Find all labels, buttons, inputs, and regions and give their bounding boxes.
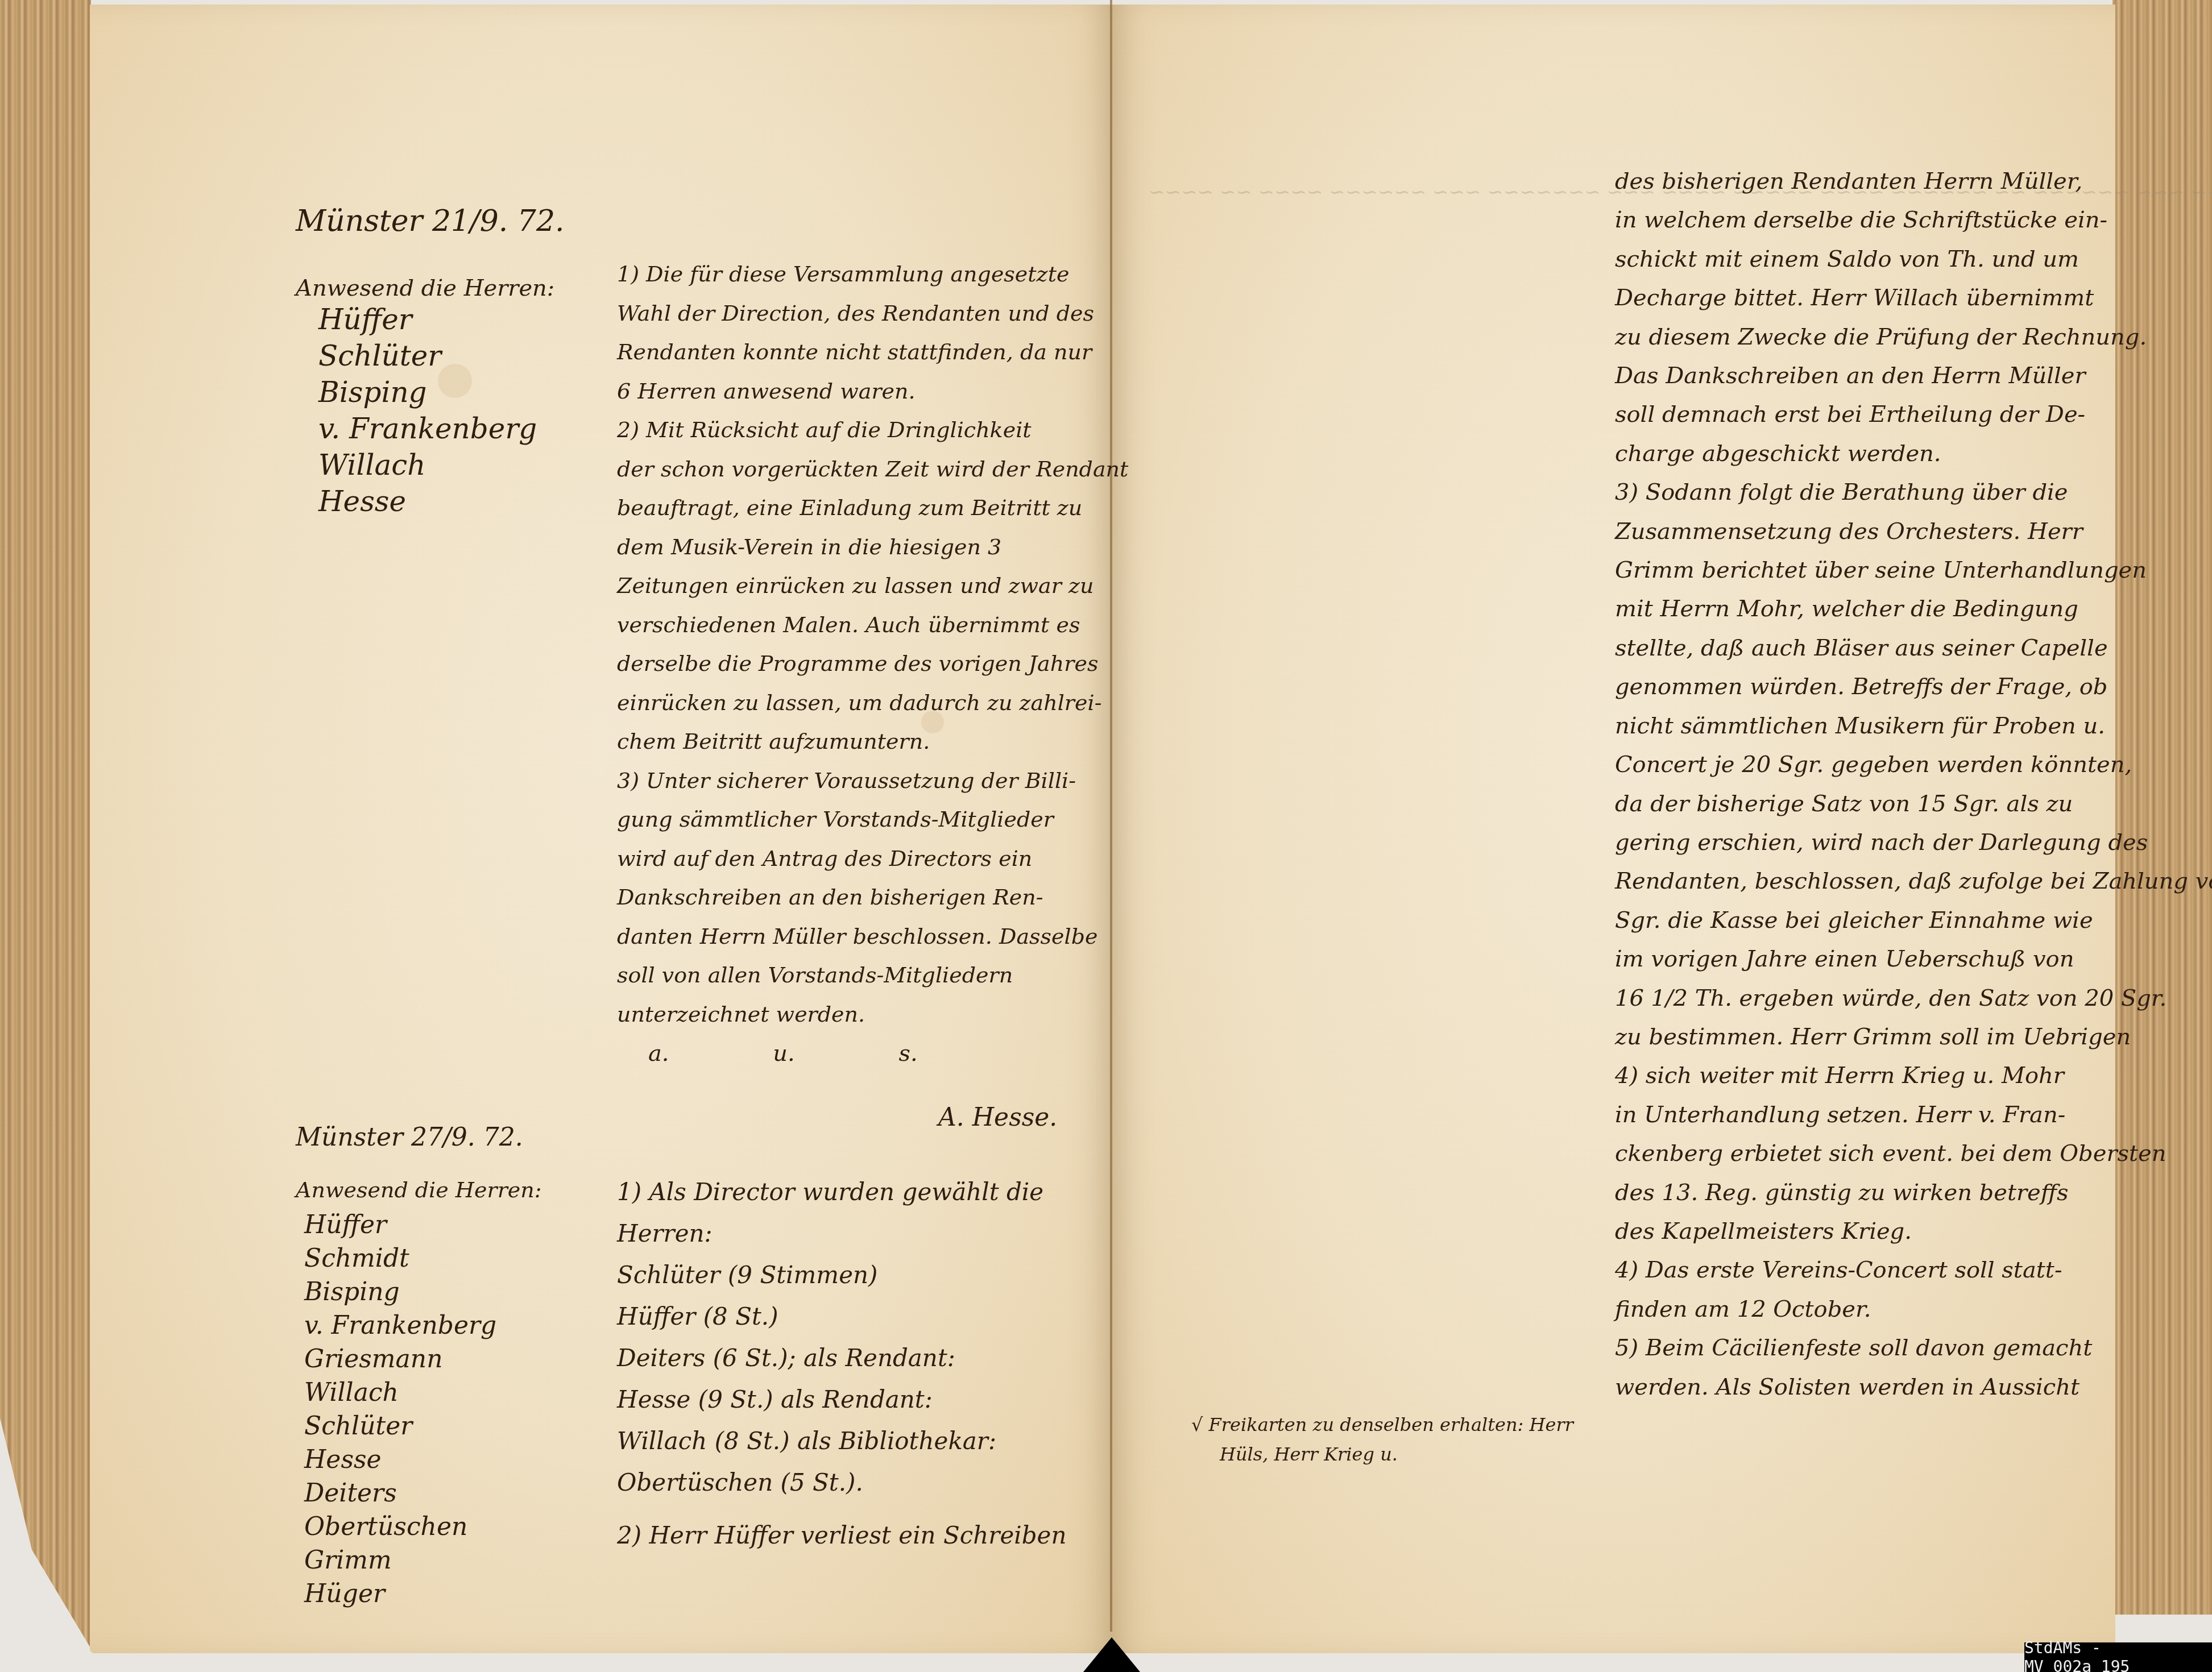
minutes-line: chem Beitritt aufzumuntern. xyxy=(617,722,1128,761)
minutes-line: dem Musik-Verein in die hiesigen 3 xyxy=(617,528,1128,567)
attendee: Hüffer xyxy=(304,1208,496,1242)
minutes-line: werden. Als Solisten werden in Aussicht xyxy=(1615,1368,2212,1407)
signature: A. Hesse. xyxy=(938,1103,1057,1132)
minutes-line: Hüffer (8 St.) xyxy=(617,1296,1067,1337)
minutes-line: des 13. Reg. günstig zu wirken betreffs xyxy=(1615,1173,2212,1212)
minutes-line: Hesse (9 St.) als Rendant: xyxy=(617,1379,1067,1420)
attendee: Schlüter xyxy=(318,338,537,374)
minutes-line: Rendanten, beschlossen, daß zufolge bei … xyxy=(1615,862,2212,901)
attendee: Griesmann xyxy=(304,1342,496,1376)
minutes-line: Decharge bittet. Herr Willach übernimmt xyxy=(1615,279,2212,317)
minutes-line: finden am 12 October. xyxy=(1615,1290,2212,1329)
minutes-line: Wahl der Direction, des Rendanten und de… xyxy=(617,294,1128,333)
minutes-line: im vorigen Jahre einen Ueberschuß von xyxy=(1615,940,2212,978)
attendee: v. Frankenberg xyxy=(304,1309,496,1342)
minutes-line: soll von allen Vorstands-Mitgliedern xyxy=(617,956,1128,995)
entry2-minutes: 1) Als Director wurden gewählt die Herre… xyxy=(617,1171,1067,1556)
minutes-line: 4) sich weiter mit Herrn Krieg u. Mohr xyxy=(1615,1056,2212,1095)
minutes-line: des Kapellmeisters Krieg. xyxy=(1615,1212,2212,1251)
signoff-u: u. xyxy=(773,1040,794,1067)
left-page-edges xyxy=(0,0,91,1649)
minutes-line: soll demnach erst bei Ertheilung der De- xyxy=(1615,395,2212,434)
entry2-date: Münster 27/9. 72. xyxy=(296,1111,542,1164)
signoff-a: a. xyxy=(648,1040,669,1067)
minutes-line: zu bestimmen. Herr Grimm soll im Uebrige… xyxy=(1615,1018,2212,1056)
minutes-line: Zusammensetzung des Orchesters. Herr xyxy=(1615,512,2212,551)
attendee: v. Frankenberg xyxy=(318,410,537,447)
minutes-line: 1) Die für diese Versammlung angesetzte xyxy=(617,255,1128,294)
minutes-line: genommen würden. Betreffs der Frage, ob xyxy=(1615,667,2212,706)
minutes-line: Rendanten konnte nicht stattfinden, da n… xyxy=(617,333,1128,372)
minutes-line: Concert je 20 Sgr. gegeben werden könnte… xyxy=(1615,745,2212,784)
entry2-attendee-list: Hüffer Schmidt Bisping v. Frankenberg Gr… xyxy=(304,1208,496,1611)
margin-note-line: Hüls, Herr Krieg u. xyxy=(1191,1439,1573,1469)
minutes-line: Zeitungen einrücken zu lassen und zwar z… xyxy=(617,566,1128,605)
signoff-s: s. xyxy=(898,1040,917,1067)
margin-note: √ Freikarten zu denselben erhalten: Herr… xyxy=(1191,1410,1573,1469)
minutes-line: Sgr. die Kasse bei gleicher Einnahme wie xyxy=(1615,901,2212,940)
minutes-line: Obertüschen (5 St.). xyxy=(617,1462,1067,1503)
minutes-line: Dankschreiben an den bisherigen Ren- xyxy=(617,878,1128,917)
open-book: ~~~ ~~~~ ~~~~~ ~~~ ~~~~ ~~~~ ~~~ ~~~~~~ … xyxy=(0,0,2212,1672)
attendee: Schlüter xyxy=(304,1409,496,1443)
minutes-line: da der bisherige Satz von 15 Sgr. als zu xyxy=(1615,785,2212,823)
minutes-line: Schlüter (9 Stimmen) xyxy=(617,1254,1067,1296)
minutes-line: mit Herrn Mohr, welcher die Bedingung xyxy=(1615,590,2212,628)
minutes-line: 3) Unter sicherer Voraussetzung der Bill… xyxy=(617,761,1128,800)
entry2-header: Münster 27/9. 72. Anwesend die Herren: xyxy=(296,1111,542,1216)
signoff-abbrev: a. u. s. xyxy=(648,1040,1014,1067)
minutes-line: der schon vorgerückten Zeit wird der Ren… xyxy=(617,450,1128,489)
right-page-minutes: des bisherigen Rendanten Herrn Müller, i… xyxy=(1615,162,2212,1407)
minutes-line: 16 1/2 Th. ergeben würde, den Satz von 2… xyxy=(1615,979,2212,1018)
minutes-line: wird auf den Antrag des Directors ein xyxy=(617,839,1128,878)
minutes-line: 3) Sodann folgt die Berathung über die xyxy=(1615,473,2212,512)
minutes-line: Willach (8 St.) als Bibliothekar: xyxy=(617,1420,1067,1462)
entry1-attendee-list: Hüffer Schlüter Bisping v. Frankenberg W… xyxy=(318,301,537,520)
archive-caption: StdAMs - MV_002a_195 xyxy=(2024,1642,2212,1672)
minutes-line: 5) Beim Cäcilienfeste soll davon gemacht xyxy=(1615,1329,2212,1367)
minutes-line: 6 Herren anwesend waren. xyxy=(617,372,1128,411)
entry1-date: Münster 21/9. 72. xyxy=(296,188,565,255)
entry1-minutes: 1) Die für diese Versammlung angesetzte … xyxy=(617,255,1128,1034)
minutes-line: des bisherigen Rendanten Herrn Müller, xyxy=(1615,162,2212,201)
minutes-line: in Unterhandlung setzen. Herr v. Fran- xyxy=(1615,1096,2212,1134)
attendee: Hüffer xyxy=(318,301,537,338)
minutes-line: unterzeichnet werden. xyxy=(617,995,1128,1034)
minutes-line: verschiedenen Malen. Auch übernimmt es xyxy=(617,605,1128,645)
minutes-line: charge abgeschickt werden. xyxy=(1615,434,2212,473)
minutes-line: danten Herrn Müller beschlossen. Dasselb… xyxy=(617,917,1128,956)
minutes-line: beauftragt, eine Einladung zum Beitritt … xyxy=(617,488,1128,528)
attendee: Hesse xyxy=(304,1443,496,1476)
minutes-line: nicht sämmtlichen Musikern für Proben u. xyxy=(1615,707,2212,745)
minutes-line: zu diesem Zwecke die Prüfung der Rechnun… xyxy=(1615,318,2212,356)
minutes-line: Herren: xyxy=(617,1213,1067,1254)
minutes-line: Deiters (6 St.); als Rendant: xyxy=(617,1337,1067,1379)
margin-note-line: √ Freikarten zu denselben erhalten: Herr xyxy=(1191,1410,1573,1439)
minutes-line: derselbe die Programme des vorigen Jahre… xyxy=(617,644,1128,683)
minutes-line: Das Dankschreiben an den Herrn Müller xyxy=(1615,356,2212,395)
minutes-line: gung sämmtlicher Vorstands-Mitglieder xyxy=(617,800,1128,839)
minutes-line: 1) Als Director wurden gewählt die xyxy=(617,1171,1067,1213)
attendee: Bisping xyxy=(304,1275,496,1309)
attendee: Grimm xyxy=(304,1544,496,1577)
attendee: Obertüschen xyxy=(304,1510,496,1544)
minutes-line: 4) Das erste Vereins-Concert soll statt- xyxy=(1615,1251,2212,1289)
minutes-line: gering erschien, wird nach der Darlegung… xyxy=(1615,823,2212,862)
attendee: Hesse xyxy=(318,483,537,520)
minutes-line: in welchem derselbe die Schriftstücke ei… xyxy=(1615,201,2212,239)
attendee: Deiters xyxy=(304,1476,496,1510)
attendee: Hüger xyxy=(304,1577,496,1611)
minutes-line: 2) Herr Hüffer verliest ein Schreiben xyxy=(617,1515,1067,1556)
minutes-line: einrücken zu lassen, um dadurch zu zahlr… xyxy=(617,683,1128,723)
minutes-line: schickt mit einem Saldo von Th. und um xyxy=(1615,240,2212,279)
attendee: Willach xyxy=(318,447,537,483)
attendee: Willach xyxy=(304,1376,496,1409)
minutes-line: 2) Mit Rücksicht auf die Dringlichkeit xyxy=(617,410,1128,450)
attendee: Bisping xyxy=(318,374,537,410)
attendee: Schmidt xyxy=(304,1242,496,1275)
minutes-line: ckenberg erbietet sich event. bei dem Ob… xyxy=(1615,1134,2212,1173)
minutes-line: stellte, daß auch Bläser aus seiner Cape… xyxy=(1615,629,2212,667)
minutes-line: Grimm berichtet über seine Unterhandlung… xyxy=(1615,551,2212,590)
